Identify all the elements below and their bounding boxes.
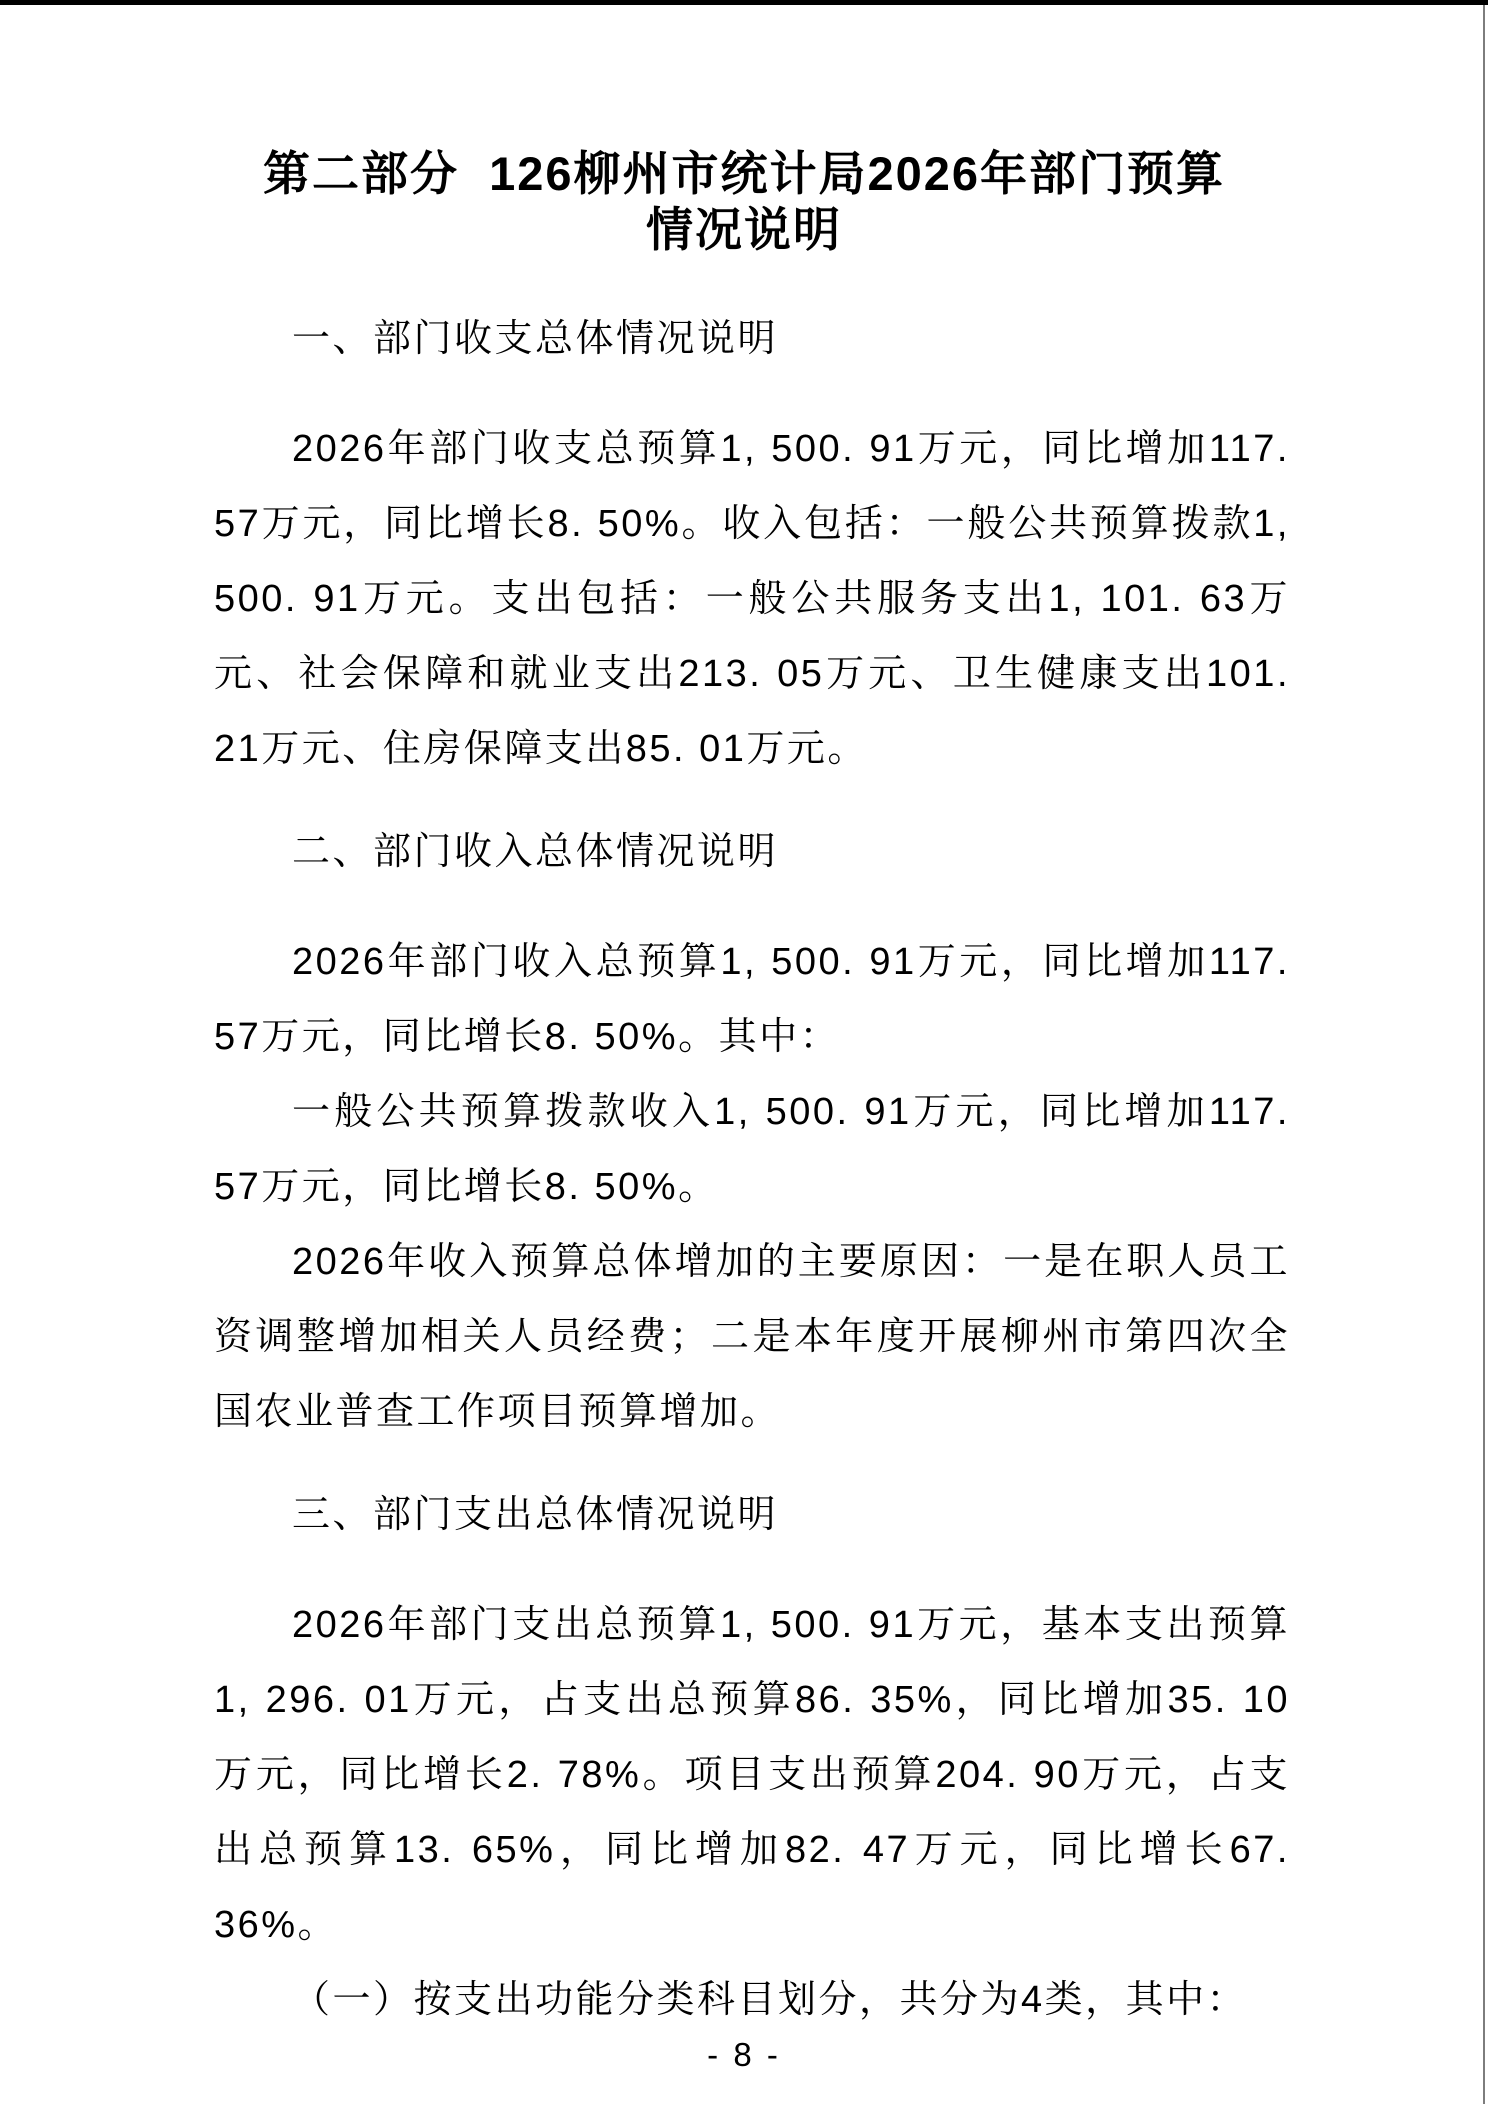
paragraph: 2026年收入预算总体增加的主要原因：一是在职人员工资调整增加相关人员经费；二是… xyxy=(214,1225,1290,1450)
paragraph: 2026年部门收入总预算1, 500. 91万元，同比增加117. 57万元，同… xyxy=(214,925,1290,1075)
paragraph: 2026年部门收支总预算1, 500. 91万元，同比增加117. 57万元，同… xyxy=(214,412,1290,787)
paragraph: （一）按支出功能分类科目划分，共分为4类，其中： xyxy=(214,1963,1290,2038)
document-title-line-1: 第二部分 126柳州市统计局2026年部门预算 xyxy=(263,147,1225,200)
document-page: 第二部分 126柳州市统计局2026年部门预算情况说明 一、部门收支总体情况说明… xyxy=(0,0,1488,2104)
scan-right-edge-line xyxy=(1483,5,1485,2104)
scan-top-border xyxy=(0,0,1488,5)
paragraph: 2026年部门支出总预算1, 500. 91万元，基本支出预算1, 296. 0… xyxy=(214,1588,1290,1963)
page-number: - 8 - xyxy=(0,2036,1488,2074)
section-heading: 二、部门收入总体情况说明 xyxy=(214,815,1290,890)
section-heading: 一、部门收支总体情况说明 xyxy=(214,302,1290,377)
section-expenditure-summary: 三、部门支出总体情况说明 2026年部门支出总预算1, 500. 91万元，基本… xyxy=(214,1478,1290,2038)
paragraph: 一般公共预算拨款收入1, 500. 91万元，同比增加117. 57万元，同比增… xyxy=(214,1075,1290,1225)
document-body: 一、部门收支总体情况说明 2026年部门收支总预算1, 500. 91万元，同比… xyxy=(214,302,1290,2038)
document-title-line-2: 情况说明 xyxy=(646,203,842,256)
section-heading: 三、部门支出总体情况说明 xyxy=(214,1478,1290,1553)
section-revenue-expenditure-summary: 一、部门收支总体情况说明 2026年部门收支总预算1, 500. 91万元，同比… xyxy=(214,302,1290,787)
section-revenue-summary: 二、部门收入总体情况说明 2026年部门收入总预算1, 500. 91万元，同比… xyxy=(214,815,1290,1450)
document-title: 第二部分 126柳州市统计局2026年部门预算情况说明 xyxy=(114,0,1374,274)
